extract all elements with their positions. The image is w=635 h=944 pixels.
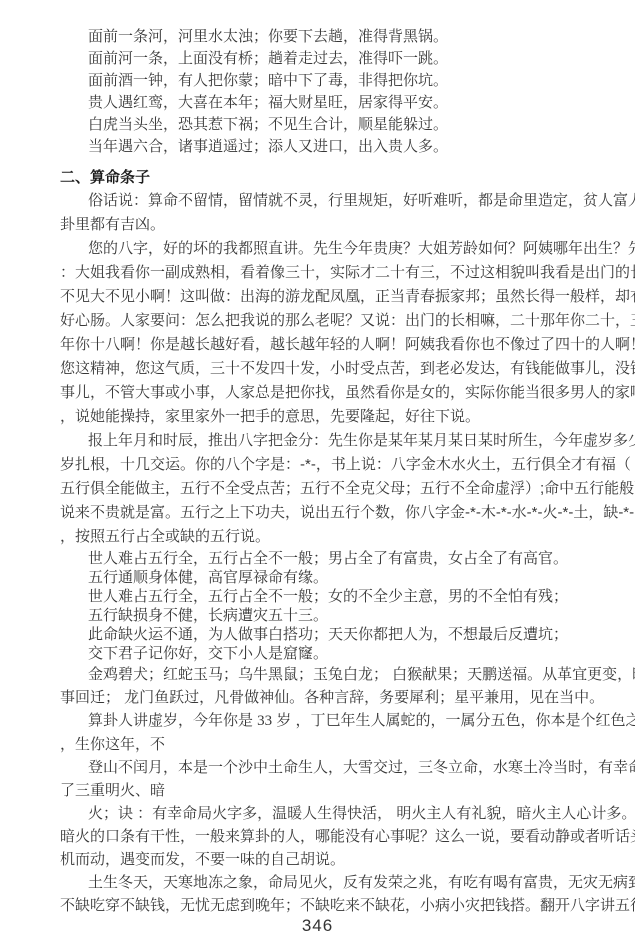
body-line: 金鸡碧犬；红蛇玉马；乌牛黑鼠；玉兔白龙； 白猴献果；天鹏送福。从革宜更变，时来 <box>60 663 585 686</box>
verse-line: 面前河一条，上面没有桥；趟着走过去，准得吓一跳。 <box>88 48 585 70</box>
paragraph-baoshang: 报上年月和时辰，推出八字把金分：先生你是某年某月某日某时所生，今年虚岁多少，几 … <box>60 429 585 549</box>
body-line: 事回迁； 龙门鱼跃过，凡骨做神仙。各种言辞，务要犀利；星平兼用，见在当中。 <box>60 686 585 709</box>
section-heading: 二、算命条子 <box>60 167 585 189</box>
body-line: 事儿，不管大事或小事，人家总是把你找，虽然看你是女的，实际你能当很多男人的家啊。… <box>60 381 585 405</box>
verse-line: 交下君子记你好，交下小人是窟窿。 <box>88 644 585 663</box>
paragraph-age: 算卦人讲虚岁，今年你是 33 岁 ，丁巳年生人属蛇的，一属分五色，你本是个红色之… <box>60 709 585 756</box>
verse-line: 五行缺损身不健，长病遭灾五十三。 <box>88 606 585 625</box>
body-line: ，说她能操持，家里家外一把手的意思，先要隆起，好往下说。 <box>60 405 585 429</box>
body-line: 五行俱全能做主，五行不全受点苦；五行不全克父母；五行不全命虚浮）;命中五行能般配… <box>60 477 585 501</box>
body-line: 报上年月和时辰，推出八字把金分：先生你是某年某月某日某时所生，今年虚岁多少，几 <box>60 429 585 453</box>
body-line: 年你十八啊！你是越长越好看，越长越年轻的人啊！阿姨我看你也不像过了四十的人啊！就… <box>60 333 585 357</box>
body-line: 机而动，遇变而发，不要一味的自己胡说。 <box>60 848 585 871</box>
paragraph-jinji: 金鸡碧犬；红蛇玉马；乌牛黑鼠；玉兔白龙； 白猴献果；天鹏送福。从革宜更变，时来 … <box>60 663 585 709</box>
verse-line: 面前酒一钟，有人把你蒙；暗中下了毒，非得把你坑。 <box>88 70 585 92</box>
body-line: 火；诀 ：有幸命局火字多，温暖人生得快活， 明火主人有礼貌，暗火主人心计多。这里 <box>60 802 585 825</box>
body-line: 您的八字，好的坏的我都照直讲。先生今年贵庚？大姐芳龄如何？阿姨哪年出生？先招 <box>60 237 585 261</box>
paragraph-suhua: 俗话说：算命不留情，留情就不灵，行里规矩，好听难听，都是命里造定，贫人富人， 卦… <box>60 189 585 237</box>
body-line: 登山不闰月，本是一个沙中土命生人，大雪交过，三冬立命，水寒土冷当时，有幸命局见 <box>60 756 585 779</box>
verse-line: 当年遇六合，诸事逍遥过；添人又进口，出入贵人多。 <box>88 136 585 158</box>
verse-line: 五行通顺身体健，高官厚禄命有缘。 <box>88 568 585 587</box>
body-line: 不缺吃穿不缺钱，无忧无虑到晚年；不缺吃来不缺花，小病小灾把钱搭。翻开八字讲五行，… <box>60 894 585 917</box>
body-line: 岁扎根，十几交运。你的八个字是：-*-，书上说：八字金木水火土，五行俱全才有福（ <box>60 453 585 477</box>
body-line: 卦里都有吉凶。 <box>60 213 585 237</box>
verse-line: 白虎当头坐，恐其惹下祸；不见生合计，顺星能躲过。 <box>88 114 585 136</box>
body-line: 俗话说：算命不留情，留情就不灵，行里规矩，好听难听，都是命里造定，贫人富人， <box>60 189 585 213</box>
verse-line: 面前一条河，河里水太浊；你要下去趟，准得背黑锅。 <box>88 26 585 48</box>
body-line: ：大姐我看你一副成熟相，看着像三十，实际才二十有三，不过这相貌叫我看是出门的长相… <box>60 261 585 285</box>
body-line: 不见大不见小啊！这叫做：出海的游龙配凤凰，正当青春振家邦；虽然长得一般样，却有一… <box>60 285 585 309</box>
body-line: 好心肠。人家要问：怎么把我说的那么老呢？又说：出门的长相嘛，二十那年你二十，三十… <box>60 309 585 333</box>
age-line-suffix: 岁 ，丁巳年生人属蛇的，一属分五色，你本是个红色之蛇 <box>272 712 635 729</box>
body-line: ，生你这年，不 <box>60 733 585 756</box>
paragraph-bazi: 您的八字，好的坏的我都照直讲。先生今年贵庚？大姐芳龄如何？阿姨哪年出生？先招 ：… <box>60 237 585 429</box>
body-line: 说来不贵就是富。五行之上下功夫，说出五行个数，你八字金-*-木-*-水-*-火-… <box>60 501 585 525</box>
opening-verse: 面前一条河，河里水太浊；你要下去趟，准得背黑锅。 面前河一条，上面没有桥；趟着走… <box>88 26 585 158</box>
body-line: 暗火的口条有干性，一般来算卦的人，哪能没有心事呢？这么一说，要看动静或者听话头，… <box>60 825 585 848</box>
age-line-prefix: 算卦人讲虚岁，今年你是 <box>88 712 257 729</box>
paragraph-dengshan: 登山不闰月，本是一个沙中土命生人，大雪交过，三冬立命，水寒土冷当时，有幸命局见 … <box>60 756 585 802</box>
body-line: 了三重明火、暗 <box>60 779 585 802</box>
verse-line: 世人难占五行全，五行占全不一般；男占全了有富贵，女占全了有高官。 <box>88 549 585 568</box>
body-line: 土生冬天，天寒地冻之象，命局见火，反有发荣之兆，有吃有喝有富贵，无灾无病到晚年； <box>60 871 585 894</box>
paragraph-tusheng: 土生冬天，天寒地冻之象，命局见火，反有发荣之兆，有吃有喝有富贵，无灾无病到晚年；… <box>60 871 585 917</box>
verse-line: 此命缺火运不通，为人做事白搭功；天天你都把人为，不想最后反遭坑； <box>88 625 585 644</box>
body-line: 算卦人讲虚岁，今年你是 33 岁 ，丁巳年生人属蛇的，一属分五色，你本是个红色之… <box>60 709 585 733</box>
body-line: 您这精神，您这气质，三十不发四十发，小时受点苦，到老必发达，有钱能做事儿，没钱能… <box>60 357 585 381</box>
wuxing-verse: 世人难占五行全，五行占全不一般；男占全了有富贵，女占全了有高官。 五行通顺身体健… <box>88 549 585 663</box>
document-page: 面前一条河，河里水太浊；你要下去趟，准得背黑锅。 面前河一条，上面没有桥；趟着走… <box>0 0 635 944</box>
paragraph-huojue: 火；诀 ：有幸命局火字多，温暖人生得快活， 明火主人有礼貌，暗火主人心计多。这里… <box>60 802 585 871</box>
age-number: 33 <box>257 713 272 729</box>
page-number: 346 <box>0 916 635 936</box>
body-line: ，按照五行占全或缺的五行说。 <box>60 525 585 549</box>
verse-line: 贵人遇红鸾，大喜在本年；福大财星旺，居家得平安。 <box>88 92 585 114</box>
verse-line: 世人难占五行全，五行占全不一般；女的不全少主意，男的不全怕有残； <box>88 587 585 606</box>
